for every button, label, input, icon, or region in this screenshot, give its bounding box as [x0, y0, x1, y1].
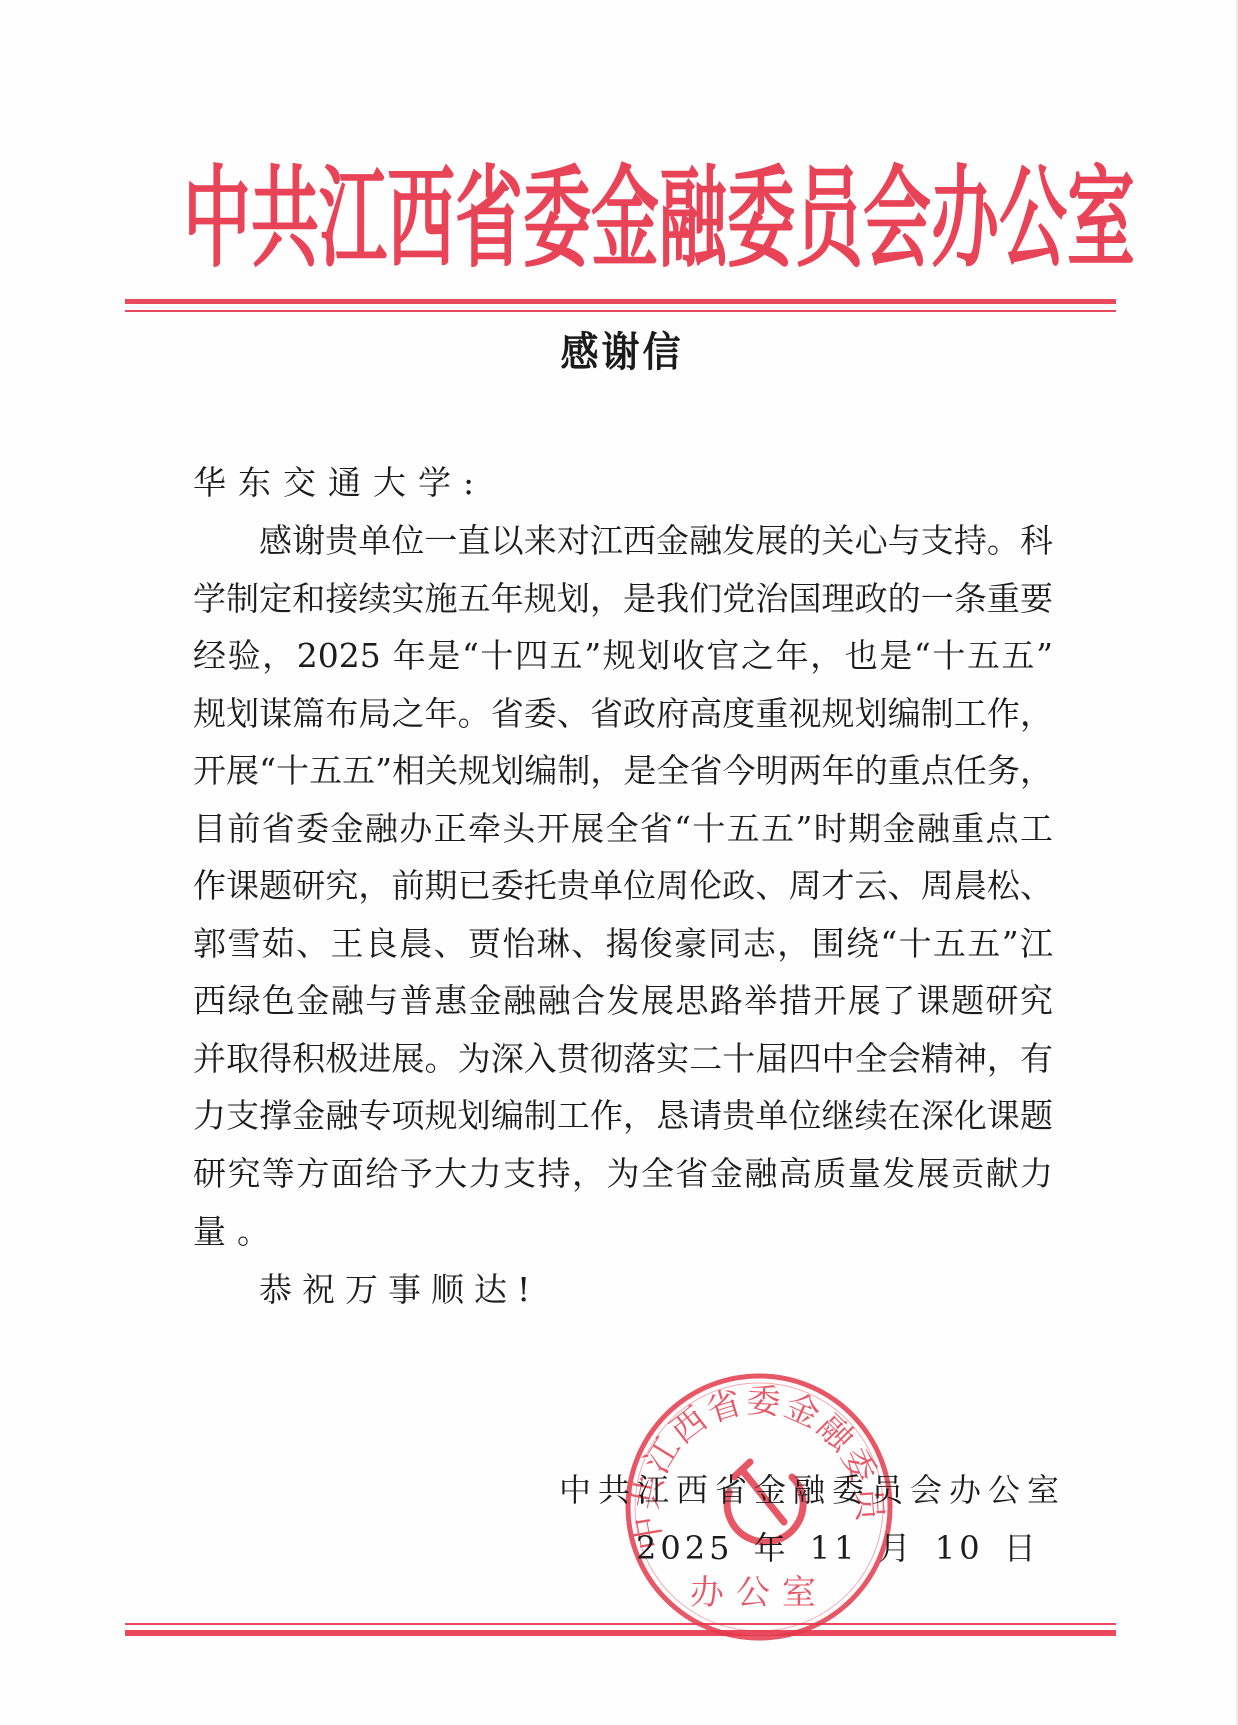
body-line: 开展“十五五”相关规划编制，是全省今明两年的重点任务，: [193, 751, 1053, 791]
body-line: 目前省委金融办正牵头开展全省“十五五”时期金融重点工: [193, 809, 1053, 849]
letterhead-char: 办: [931, 166, 999, 347]
letterhead-char: 金: [591, 166, 659, 347]
letterhead-char: 共: [251, 166, 319, 347]
body-line: 量。: [193, 1212, 281, 1252]
footer-rule-thin: [125, 1623, 1116, 1625]
letterhead-char: 委: [523, 166, 591, 347]
letterhead-char: 室: [1067, 166, 1135, 347]
closing-greeting: 恭祝万事顺达!: [259, 1270, 540, 1310]
letterhead-char: 中: [183, 166, 251, 347]
body-line: 郭雪茹、王良晨、贾怡琳、揭俊豪同志，围绕“十五五”江: [193, 924, 1053, 964]
body-line: 并取得积极进展。为深入贯彻落实二十届四中全会精神，有: [193, 1039, 1053, 1079]
letter-title: 感谢信: [548, 330, 696, 373]
body-line: 学制定和接续实施五年规划，是我们党治国理政的一条重要: [193, 579, 1053, 619]
letterhead-char: 省: [455, 166, 523, 347]
letterhead-char: 员: [795, 166, 863, 347]
body-line: 力支撑金融专项规划编制工作，恳请贵单位继续在深化课题: [193, 1096, 1053, 1136]
salutation: 华东交通大学:: [193, 463, 486, 503]
body-line: 作课题研究，前期已委托贵单位周伦政、周才云、周晨松、: [193, 866, 1053, 906]
letterhead-char: 西: [387, 166, 455, 347]
signature-date: 2025 年 11 月 10 日: [636, 1528, 1040, 1568]
header-rule-thick: [125, 299, 1116, 304]
letterhead-char: 公: [999, 166, 1067, 347]
letterhead-char: 融: [659, 166, 727, 347]
footer-rule-thick: [125, 1630, 1116, 1636]
body-line: 感谢贵单位一直以来对江西金融发展的关心与支持。科: [259, 521, 1053, 561]
body-line: 研究等方面给予大力支持，为全省金融高质量发展贡献力: [193, 1154, 1053, 1194]
seal-arc-text: 中共江西省委金融委员会: [624, 1372, 890, 1553]
letterhead-char: 江: [319, 166, 387, 347]
body-line: 经验，2025 年是“十四五”规划收官之年，也是“十五五”: [193, 636, 1053, 676]
body-line: 西绿色金融与普惠金融融合发展思路举措开展了课题研究: [193, 981, 1053, 1021]
svg-text:中共江西省委金融委员会: 中共江西省委金融委员会: [624, 1372, 890, 1553]
letter-page: 中 共 江 西 省 委 金 融 委 员 会 办 公 室 感谢信 华东交通大学: …: [0, 0, 1236, 1725]
seal-bottom-text: 办公室: [690, 1573, 828, 1613]
letterhead-title: 中 共 江 西 省 委 金 融 委 员 会 办 公 室: [183, 166, 1067, 278]
letterhead-char: 委: [727, 166, 795, 347]
letterhead-char: 会: [863, 166, 931, 347]
signature-organization: 中共江西省金融委员会办公室: [559, 1470, 1066, 1510]
header-rule-thin: [125, 310, 1116, 312]
body-line: 规划谋篇布局之年。省委、省政府高度重视规划编制工作，: [193, 694, 1053, 734]
